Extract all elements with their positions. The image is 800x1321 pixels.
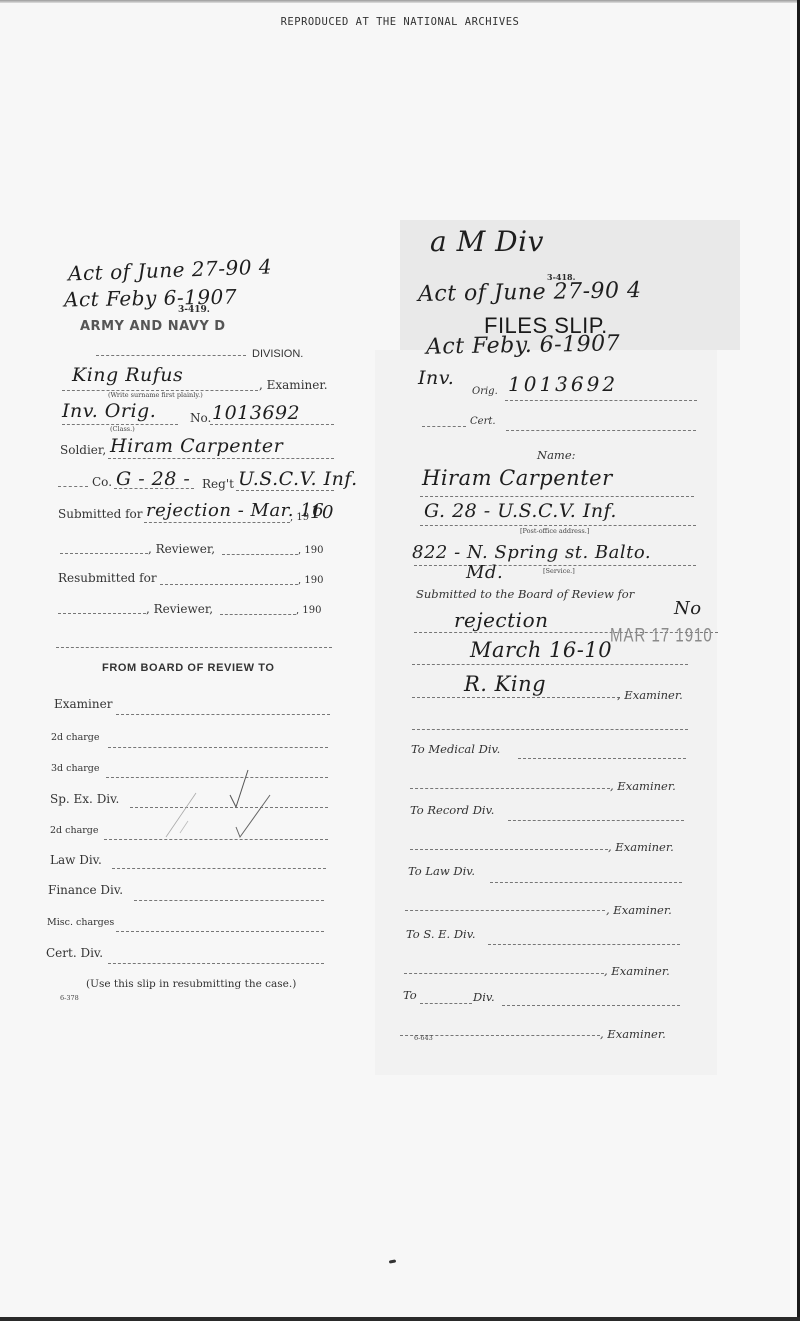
route-se-line <box>488 944 680 945</box>
route-medical-examiner-line <box>410 788 610 789</box>
post-office-hint: [Post-office address.] <box>520 527 589 535</box>
service-line: G. 28 - U.S.C.V. Inf. <box>424 500 617 522</box>
route-medical-label: To Medical Div. <box>411 742 500 756</box>
division-field-line <box>96 355 246 356</box>
reviewer-2-label: , Reviewer, <box>146 602 213 616</box>
scan-edge-bottom <box>0 1317 800 1321</box>
cert-field-line <box>506 430 696 431</box>
army-navy-stamp: ARMY AND NAVY D <box>80 319 226 335</box>
routing-line-finance-div <box>134 900 324 901</box>
route-law-label: To Law Div. <box>408 864 475 878</box>
regiment-field-line <box>236 490 334 491</box>
name-label: Name: <box>537 448 576 462</box>
route-medical-examiner-label: , Examiner. <box>610 779 676 793</box>
routing-label-law-div: Law Div. <box>50 853 102 867</box>
route-se-examiner-label: , Examiner. <box>604 964 670 978</box>
examiner-signature-line <box>412 697 620 698</box>
division-label: DIVISION. <box>252 348 303 360</box>
resubmitted-for-field-line <box>160 584 298 585</box>
route-custom-div-label: Div. <box>473 990 495 1004</box>
archive-header: REPRODUCED AT THE NATIONAL ARCHIVES <box>0 16 800 28</box>
board-heading: FROM BOARD OF REVIEW TO <box>102 662 274 674</box>
company-field-line <box>114 488 194 489</box>
service-hint: [Service.] <box>543 567 575 575</box>
date-written: March 16-10 <box>470 638 612 662</box>
route-custom-line <box>502 1005 680 1006</box>
orig-prefix-value: Inv. <box>418 367 454 389</box>
orig-value: 1013692 <box>508 372 618 396</box>
reviewer-2-date-line <box>220 614 296 615</box>
address-line-2: Md. <box>466 562 503 583</box>
scan-edge-top <box>0 0 800 3</box>
routing-label-2d-charge: 2d charge <box>51 732 100 743</box>
separator-line <box>56 647 332 648</box>
reviewer-2-name-line <box>58 613 146 614</box>
company-label: Co. <box>92 475 112 489</box>
route-record-examiner-label: , Examiner. <box>608 840 674 854</box>
routing-line-law-div <box>112 868 326 869</box>
form-number: 3-419. <box>178 305 210 315</box>
submitted-for-label: Submitted for <box>58 507 143 521</box>
routing-label-misc-charges: Misc. charges <box>47 917 114 928</box>
route-medical-line <box>518 758 686 759</box>
routing-line-cert-div <box>108 963 324 964</box>
name-field-line <box>420 496 694 497</box>
route-custom-to-label: To <box>403 988 417 1002</box>
examiner-label: , Examiner. <box>259 378 328 392</box>
soldier-value: Hiram Carpenter <box>110 435 283 457</box>
board-of-review-label: Submitted to the Board of Review for <box>416 587 634 601</box>
cert-lead-line <box>422 426 466 427</box>
route-custom-division-line <box>420 1003 472 1004</box>
routing-label-2d-charge-2: 2d charge <box>50 825 99 836</box>
reviewer-1-year: , 190 <box>298 545 323 556</box>
address-field-line <box>414 565 696 566</box>
class-value: Inv. Orig. <box>62 400 156 422</box>
date-field-line <box>412 664 688 665</box>
regiment-value: U.S.C.V. Inf. <box>238 468 358 490</box>
routing-line-2d-charge <box>108 747 328 748</box>
reviewer-2-year: , 190 <box>296 605 321 616</box>
submitted-year-value: 10 <box>310 502 334 523</box>
submitted-for-field-line <box>144 522 290 523</box>
route-law-examiner-label: , Examiner. <box>606 903 672 917</box>
reviewer-1-date-line <box>222 554 298 555</box>
route-record-label: To Record Div. <box>410 803 494 817</box>
examiner-signature: R. King <box>464 672 546 696</box>
number-label: No. <box>190 411 211 425</box>
service-field-line <box>420 525 696 526</box>
company-value: G - 28 - <box>116 468 190 490</box>
right-examiner-label: , Examiner. <box>617 688 683 702</box>
route-law-examiner-line <box>405 910 605 911</box>
route-se-label: To S. E. Div. <box>406 927 476 941</box>
address-line-1: 822 - N. Spring st. Balto. <box>412 542 651 563</box>
right-handwritten-act-line-2: Act Feby. 6-1907 <box>426 331 621 359</box>
footer-note: (Use this slip in resubmitting the case.… <box>86 978 296 990</box>
annotation-no: No <box>674 598 702 619</box>
routing-label-finance-div: Finance Div. <box>48 883 123 897</box>
route-se-examiner-line <box>404 973 604 974</box>
routing-label-sp-ex-div: Sp. Ex. Div. <box>50 792 119 806</box>
routing-label-3d-charge: 3d charge <box>51 763 100 774</box>
submitted-year-prefix: , 19 <box>290 512 309 523</box>
routing-label-examiner: Examiner <box>54 697 112 711</box>
reviewer-1-name-line <box>60 553 148 554</box>
route-record-examiner-line <box>410 849 608 850</box>
examiner-hint: (Write surname first plainly.) <box>108 391 203 399</box>
received-date-stamp: MAR 17 1910 <box>610 624 713 646</box>
handwritten-act-line-2: Act Feby 6-1907 <box>64 284 237 311</box>
orig-field-line <box>505 400 697 401</box>
soldier-field-line <box>108 458 334 459</box>
left-form-code: 6-378 <box>60 994 79 1002</box>
routing-label-cert-div: Cert. Div. <box>46 946 103 960</box>
regiment-label: Reg't <box>202 477 234 491</box>
handwritten-division: a M Div <box>430 225 544 258</box>
right-handwritten-act-line-1: Act of June 27-90 4 <box>418 278 642 307</box>
company-lead-line <box>58 486 88 487</box>
examiner-value: King Rufus <box>72 364 183 386</box>
cert-label: Cert. <box>470 416 496 427</box>
orig-label: Orig. <box>472 386 498 397</box>
routing-line-misc-charges <box>116 931 324 932</box>
routing-line-examiner <box>116 714 330 715</box>
handwritten-act-line-1: Act of June 27-90 4 <box>68 254 273 285</box>
route-law-line <box>490 882 682 883</box>
name-value: Hiram Carpenter <box>422 466 613 490</box>
route-custom-examiner-label: , Examiner. <box>600 1027 666 1041</box>
purpose-value: rejection <box>454 608 549 632</box>
route-record-line <box>508 820 684 821</box>
number-field-line <box>210 424 334 425</box>
ink-speck <box>389 1259 396 1263</box>
class-hint: (Class.) <box>110 425 135 433</box>
blank-line <box>412 729 688 730</box>
right-form-code: 6-643 <box>414 1034 433 1042</box>
number-value: 1013692 <box>212 402 300 424</box>
pencil-checkmark-icon <box>160 765 280 845</box>
soldier-label: Soldier, <box>60 443 106 457</box>
reviewer-1-label: , Reviewer, <box>148 542 215 556</box>
resubmitted-year: , 190 <box>298 575 323 586</box>
resubmitted-for-label: Resubmitted for <box>58 571 157 585</box>
